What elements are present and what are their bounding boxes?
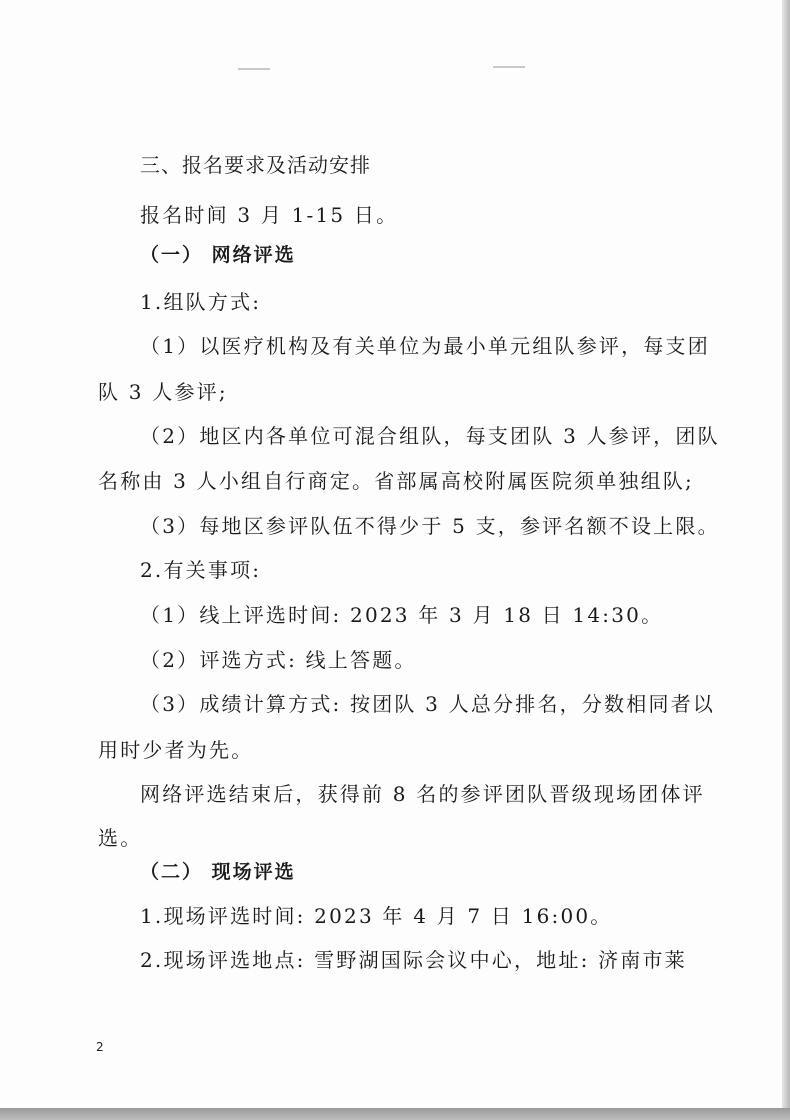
team-formation-item-2: （2）地区内各单位可混合组队，每支团队 3 人参评，团队 <box>140 424 720 448</box>
scan-edge-right <box>782 0 790 1120</box>
matters-item-2: （2）评选方式: 线上答题。 <box>140 648 417 672</box>
scan-artifact <box>493 66 525 68</box>
matters-title: 2.有关事项: <box>140 558 261 582</box>
matters-item-3-cont: 用时少者为先。 <box>98 738 253 762</box>
onsite-selection-heading: （二） 现场评选 <box>140 860 296 884</box>
team-formation-title: 1.组队方式: <box>140 290 261 314</box>
page-number: 2 <box>96 1040 104 1054</box>
onsite-location: 2.现场评选地点: 雪野湖国际会议中心，地址: 济南市莱 <box>140 948 687 972</box>
document-page: 三、报名要求及活动安排 报名时间 3 月 1-15 日。 （一） 网络评选 1.… <box>0 0 782 1108</box>
matters-item-1: （1）线上评选时间: 2023 年 3 月 18 日 14:30。 <box>140 603 663 627</box>
team-formation-item-1: （1）以医疗机构及有关单位为最小单元组队参评，每支团 <box>140 334 710 358</box>
team-formation-item-1-cont: 队 3 人参评; <box>98 380 228 404</box>
advancement-note: 网络评选结束后，获得前 8 名的参评团队晋级现场团体评 <box>140 782 705 806</box>
scan-artifact <box>238 68 270 70</box>
scan-edge-bottom <box>0 1108 790 1120</box>
team-formation-item-3: （3）每地区参评队伍不得少于 5 支，参评名额不设上限。 <box>140 514 720 538</box>
registration-time: 报名时间 3 月 1-15 日。 <box>140 203 398 227</box>
online-selection-heading: （一） 网络评选 <box>140 243 296 267</box>
matters-item-3: （3）成绩计算方式: 按团队 3 人总分排名，分数相同者以 <box>140 692 715 716</box>
advancement-note-cont: 选。 <box>98 826 142 850</box>
section-title: 三、报名要求及活动安排 <box>140 153 371 177</box>
team-formation-item-2-cont: 名称由 3 人小组自行商定。省部属高校附属医院须单独组队; <box>98 469 694 493</box>
onsite-time: 1.现场评选时间: 2023 年 4 月 7 日 16:00。 <box>140 904 613 928</box>
